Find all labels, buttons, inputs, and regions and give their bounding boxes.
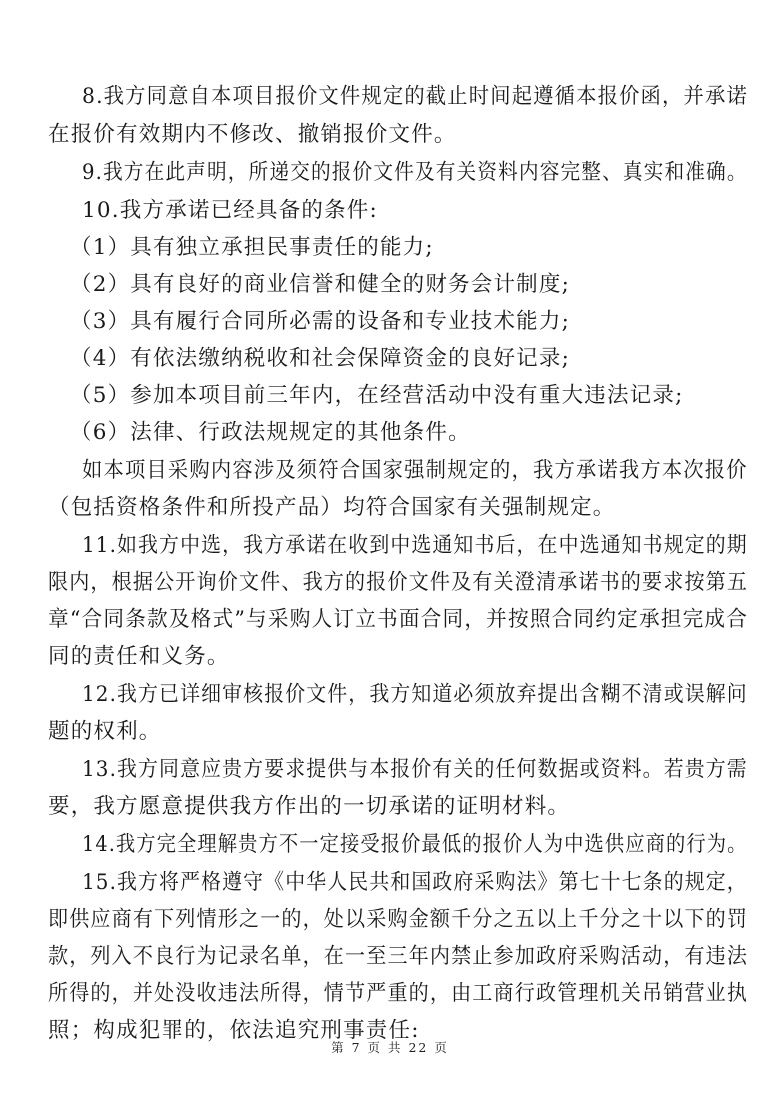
document-page: 8.我方同意自本项目报价文件规定的截止时间起遵循本报价函，并承诺在报价有效期内不…	[0, 0, 780, 1103]
text-line: 10.我方承诺已经具备的条件:	[82, 196, 378, 226]
text-line: 要，我方愿意提供我方作出的一切承诺的证明材料。	[48, 792, 570, 822]
text-line: 款，列入不良行为记录名单，在一至三年内禁止参加政府采购活动，有违法	[48, 942, 748, 972]
text-line: 同的责任和义务。	[48, 642, 230, 672]
text-line: 15.我方将严格遵守《中华人民共和国政府采购法》第七十七条的规定，	[82, 868, 748, 898]
page-footer: 第 7 页 共 22 页	[0, 1038, 780, 1056]
text-line: （5）参加本项目前三年内，在经营活动中没有重大违法记录;	[70, 381, 684, 411]
text-line: 章“合同条款及格式”与采购人订立书面合同，并按照合同约定承担完成合	[48, 605, 748, 635]
text-line: （3）具有履行合同所必需的设备和专业技术能力;	[70, 307, 570, 337]
text-line: 限内，根据公开询价文件、我方的报价文件及有关澄清承诺书的要求按第五	[48, 568, 748, 598]
text-line: （6）法律、行政法规规定的其他条件。	[70, 418, 471, 448]
text-line: 13.我方同意应贵方要求提供与本报价有关的任何数据或资料。若贵方需	[82, 755, 748, 785]
text-line: （1）具有独立承担民事责任的能力;	[70, 233, 434, 263]
text-line: 题的权利。	[48, 717, 162, 747]
text-line: （包括资格条件和所投产品）均符合国家有关强制规定。	[48, 493, 616, 523]
text-line: 如本项目采购内容涉及须符合国家强制规定的，我方承诺我方本次报价	[82, 456, 748, 486]
text-line: （2）具有良好的商业信誉和健全的财务会计制度;	[70, 270, 570, 300]
text-line: 14.我方完全理解贵方不一定接受报价最低的报价人为中选供应商的行为。	[82, 830, 748, 860]
text-line: 12.我方已详细审核报价文件，我方知道必须放弃提出含糊不清或误解问	[82, 680, 748, 710]
text-line: 所得的，并处没收违法所得，情节严重的，由工商行政管理机关吊销营业执	[48, 979, 748, 1009]
text-line: 9.我方在此声明，所递交的报价文件及有关资料内容完整、真实和准确。	[82, 158, 748, 188]
text-line: （4）有依法缴纳税收和社会保障资金的良好记录;	[70, 344, 570, 374]
text-line: 8.我方同意自本项目报价文件规定的截止时间起遵循本报价函，并承诺	[82, 82, 748, 112]
text-line: 即供应商有下列情形之一的，处以采购金额千分之五以上千分之十以下的罚	[48, 905, 748, 935]
text-line: 11.如我方中选，我方承诺在收到中选通知书后，在中选通知书规定的期	[82, 531, 748, 561]
text-line: 在报价有效期内不修改、撤销报价文件。	[48, 120, 457, 150]
